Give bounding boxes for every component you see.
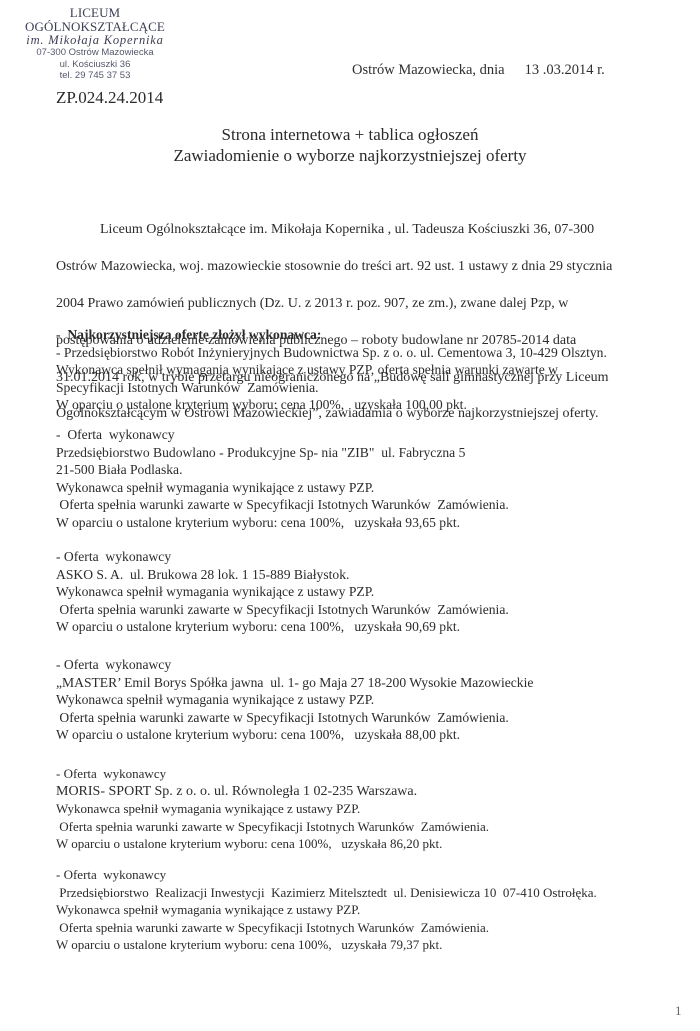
offer-line: Przedsiębiorstwo Realizacji Inwestycji K…: [56, 884, 696, 902]
winner-line: - Przedsiębiorstwo Robót Inżynieryjnych …: [56, 344, 696, 362]
offer-line: W oparciu o ustalone kryterium wyboru: c…: [56, 936, 696, 954]
offer-line: Oferta spełnia warunki zawarte w Specyfi…: [56, 919, 696, 937]
offer-line: Wykonawca spełnił wymagania wynikające z…: [56, 691, 696, 709]
offer-line: Wykonawca spełnił wymagania wynikające z…: [56, 901, 696, 919]
winner-section: - Najkorzystniejszą ofertę złożył wykona…: [56, 326, 696, 414]
intro-line: Liceum Ogólnokształcące im. Mikołaja Kop…: [56, 221, 696, 239]
offer-line: MORIS- SPORT Sp. z o. o. ul. Równoległa …: [56, 783, 696, 801]
title-line-1: Strona internetowa + tablica ogłoszeń: [0, 124, 700, 145]
offer-4: - Oferta wykonawcy MORIS- SPORT Sp. z o.…: [56, 765, 696, 853]
offer-line: Oferta spełnia warunki zawarte w Specyfi…: [56, 601, 696, 619]
place-and-date: Ostrów Mazowiecka, dnia13 .03.2014 r.: [352, 62, 605, 79]
offer-line: Wykonawca spełnił wymagania wynikające z…: [56, 800, 696, 818]
offer-2: - Oferta wykonawcy ASKO S. A. ul. Brukow…: [56, 548, 696, 636]
stamp-city: 07-300 Ostrów Mazowiecka: [10, 47, 180, 59]
title-line-2: Zawiadomienie o wyborze najkorzystniejsz…: [0, 145, 700, 166]
stamp-street: ul. Kościuszki 36: [10, 59, 180, 71]
offer-line: W oparciu o ustalone kryterium wyboru: c…: [56, 618, 696, 636]
offer-heading: - Oferta wykonawcy: [56, 426, 696, 444]
offer-line: Oferta spełnia warunki zawarte w Specyfi…: [56, 709, 696, 727]
offer-3: - Oferta wykonawcy „MASTER’ Emil Borys S…: [56, 656, 696, 744]
date-text: 13 .03.2014 r.: [525, 62, 605, 78]
stamp-phone: tel. 29 745 37 53: [10, 70, 180, 82]
page-number: 1: [675, 1003, 682, 1019]
document-titles: Strona internetowa + tablica ogłoszeń Za…: [0, 124, 700, 166]
offer-1: - Oferta wykonawcy Przedsiębiorstwo Budo…: [56, 426, 696, 532]
reference-number: ZP.024.24.2014: [56, 88, 163, 108]
offer-5: - Oferta wykonawcy Przedsiębiorstwo Real…: [56, 866, 696, 954]
offer-line: Oferta spełnia warunki zawarte w Specyfi…: [56, 496, 696, 514]
winner-line: W oparciu o ustalone kryterium wyboru: c…: [56, 396, 696, 414]
winner-heading: - Najkorzystniejszą ofertę złożył wykona…: [56, 326, 696, 344]
offer-heading: - Oferta wykonawcy: [56, 765, 696, 783]
offer-line: Wykonawca spełnił wymagania wynikające z…: [56, 583, 696, 601]
intro-line: 2004 Prawo zamówień publicznych (Dz. U. …: [56, 295, 696, 313]
place-text: Ostrów Mazowiecka, dnia: [352, 62, 505, 78]
offer-heading: - Oferta wykonawcy: [56, 548, 696, 566]
offer-line: „MASTER’ Emil Borys Spółka jawna ul. 1- …: [56, 674, 696, 692]
winner-line: Wykonawca spełnił wymagania wynikające z…: [56, 361, 696, 379]
offer-line: Przedsiębiorstwo Budowlano - Produkcyjne…: [56, 444, 696, 462]
offer-line: W oparciu o ustalone kryterium wyboru: c…: [56, 726, 696, 744]
offer-line: W oparciu o ustalone kryterium wyboru: c…: [56, 835, 696, 853]
offer-line: 21-500 Biała Podlaska.: [56, 461, 696, 479]
offer-line: W oparciu o ustalone kryterium wyboru: c…: [56, 514, 696, 532]
offer-line: Wykonawca spełnił wymagania wynikające z…: [56, 479, 696, 497]
school-stamp: LICEUM OGÓLNOKSZTAŁCĄCE im. Mikołaja Kop…: [10, 6, 180, 82]
stamp-school-name: LICEUM OGÓLNOKSZTAŁCĄCE: [10, 6, 180, 34]
offer-heading: - Oferta wykonawcy: [56, 866, 696, 884]
offer-heading: - Oferta wykonawcy: [56, 656, 696, 674]
winner-line: Specyfikacji Istotnych Warunków Zamówien…: [56, 379, 696, 397]
offer-line: ASKO S. A. ul. Brukowa 28 lok. 1 15-889 …: [56, 566, 696, 584]
intro-line: Ostrów Mazowiecka, woj. mazowieckie stos…: [56, 258, 696, 276]
stamp-patron: im. Mikołaja Kopernika: [10, 34, 180, 47]
offer-line: Oferta spełnia warunki zawarte w Specyfi…: [56, 818, 696, 836]
